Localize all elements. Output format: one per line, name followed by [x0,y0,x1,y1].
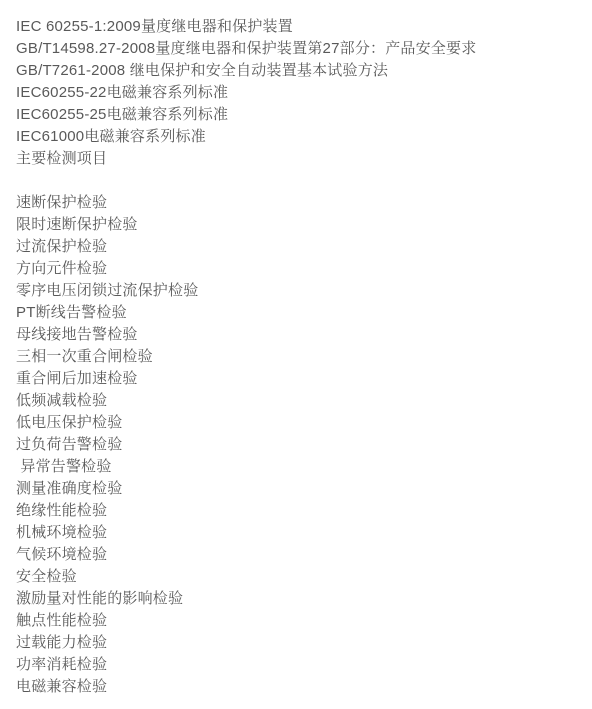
test-item: 过流保护检验 [16,236,582,258]
test-item: PT断线告警检验 [16,302,582,324]
test-item: 低频减载检验 [16,390,582,412]
test-item: 安全检验 [16,566,582,588]
test-item: 异常告警检验 [16,456,582,478]
test-item: 气候环境检验 [16,544,582,566]
standard-line: IEC61000电磁兼容系列标准 [16,126,582,148]
test-item: 电磁兼容检验 [16,676,582,698]
test-item: 过负荷告警检验 [16,434,582,456]
test-item: 功率消耗检验 [16,654,582,676]
standard-line: GB/T14598.27-2008量度继电器和保护装置第27部分：产品安全要求 [16,38,582,60]
test-item: 测量准确度检验 [16,478,582,500]
test-item: 机械环境检验 [16,522,582,544]
test-item: 低电压保护检验 [16,412,582,434]
test-item: 速断保护检验 [16,192,582,214]
standard-line: IEC 60255-1:2009量度继电器和保护装置 [16,16,582,38]
standard-line: IEC60255-25电磁兼容系列标准 [16,104,582,126]
test-item: 重合闸后加速检验 [16,368,582,390]
test-item: 限时速断保护检验 [16,214,582,236]
document-page: IEC 60255-1:2009量度继电器和保护装置 GB/T14598.27-… [0,0,592,709]
section-heading: 主要检测项目 [16,148,582,170]
test-item: 过载能力检验 [16,632,582,654]
test-item: 方向元件检验 [16,258,582,280]
test-item: 零序电压闭锁过流保护检验 [16,280,582,302]
test-item: 母线接地告警检验 [16,324,582,346]
test-item: 绝缘性能检验 [16,500,582,522]
test-item: 三相一次重合闸检验 [16,346,582,368]
test-item: 触点性能检验 [16,610,582,632]
test-item: 激励量对性能的影响检验 [16,588,582,610]
standard-line: IEC60255-22电磁兼容系列标准 [16,82,582,104]
blank-line [16,170,582,192]
standard-line: GB/T7261-2008 继电保护和安全自动装置基本试验方法 [16,60,582,82]
